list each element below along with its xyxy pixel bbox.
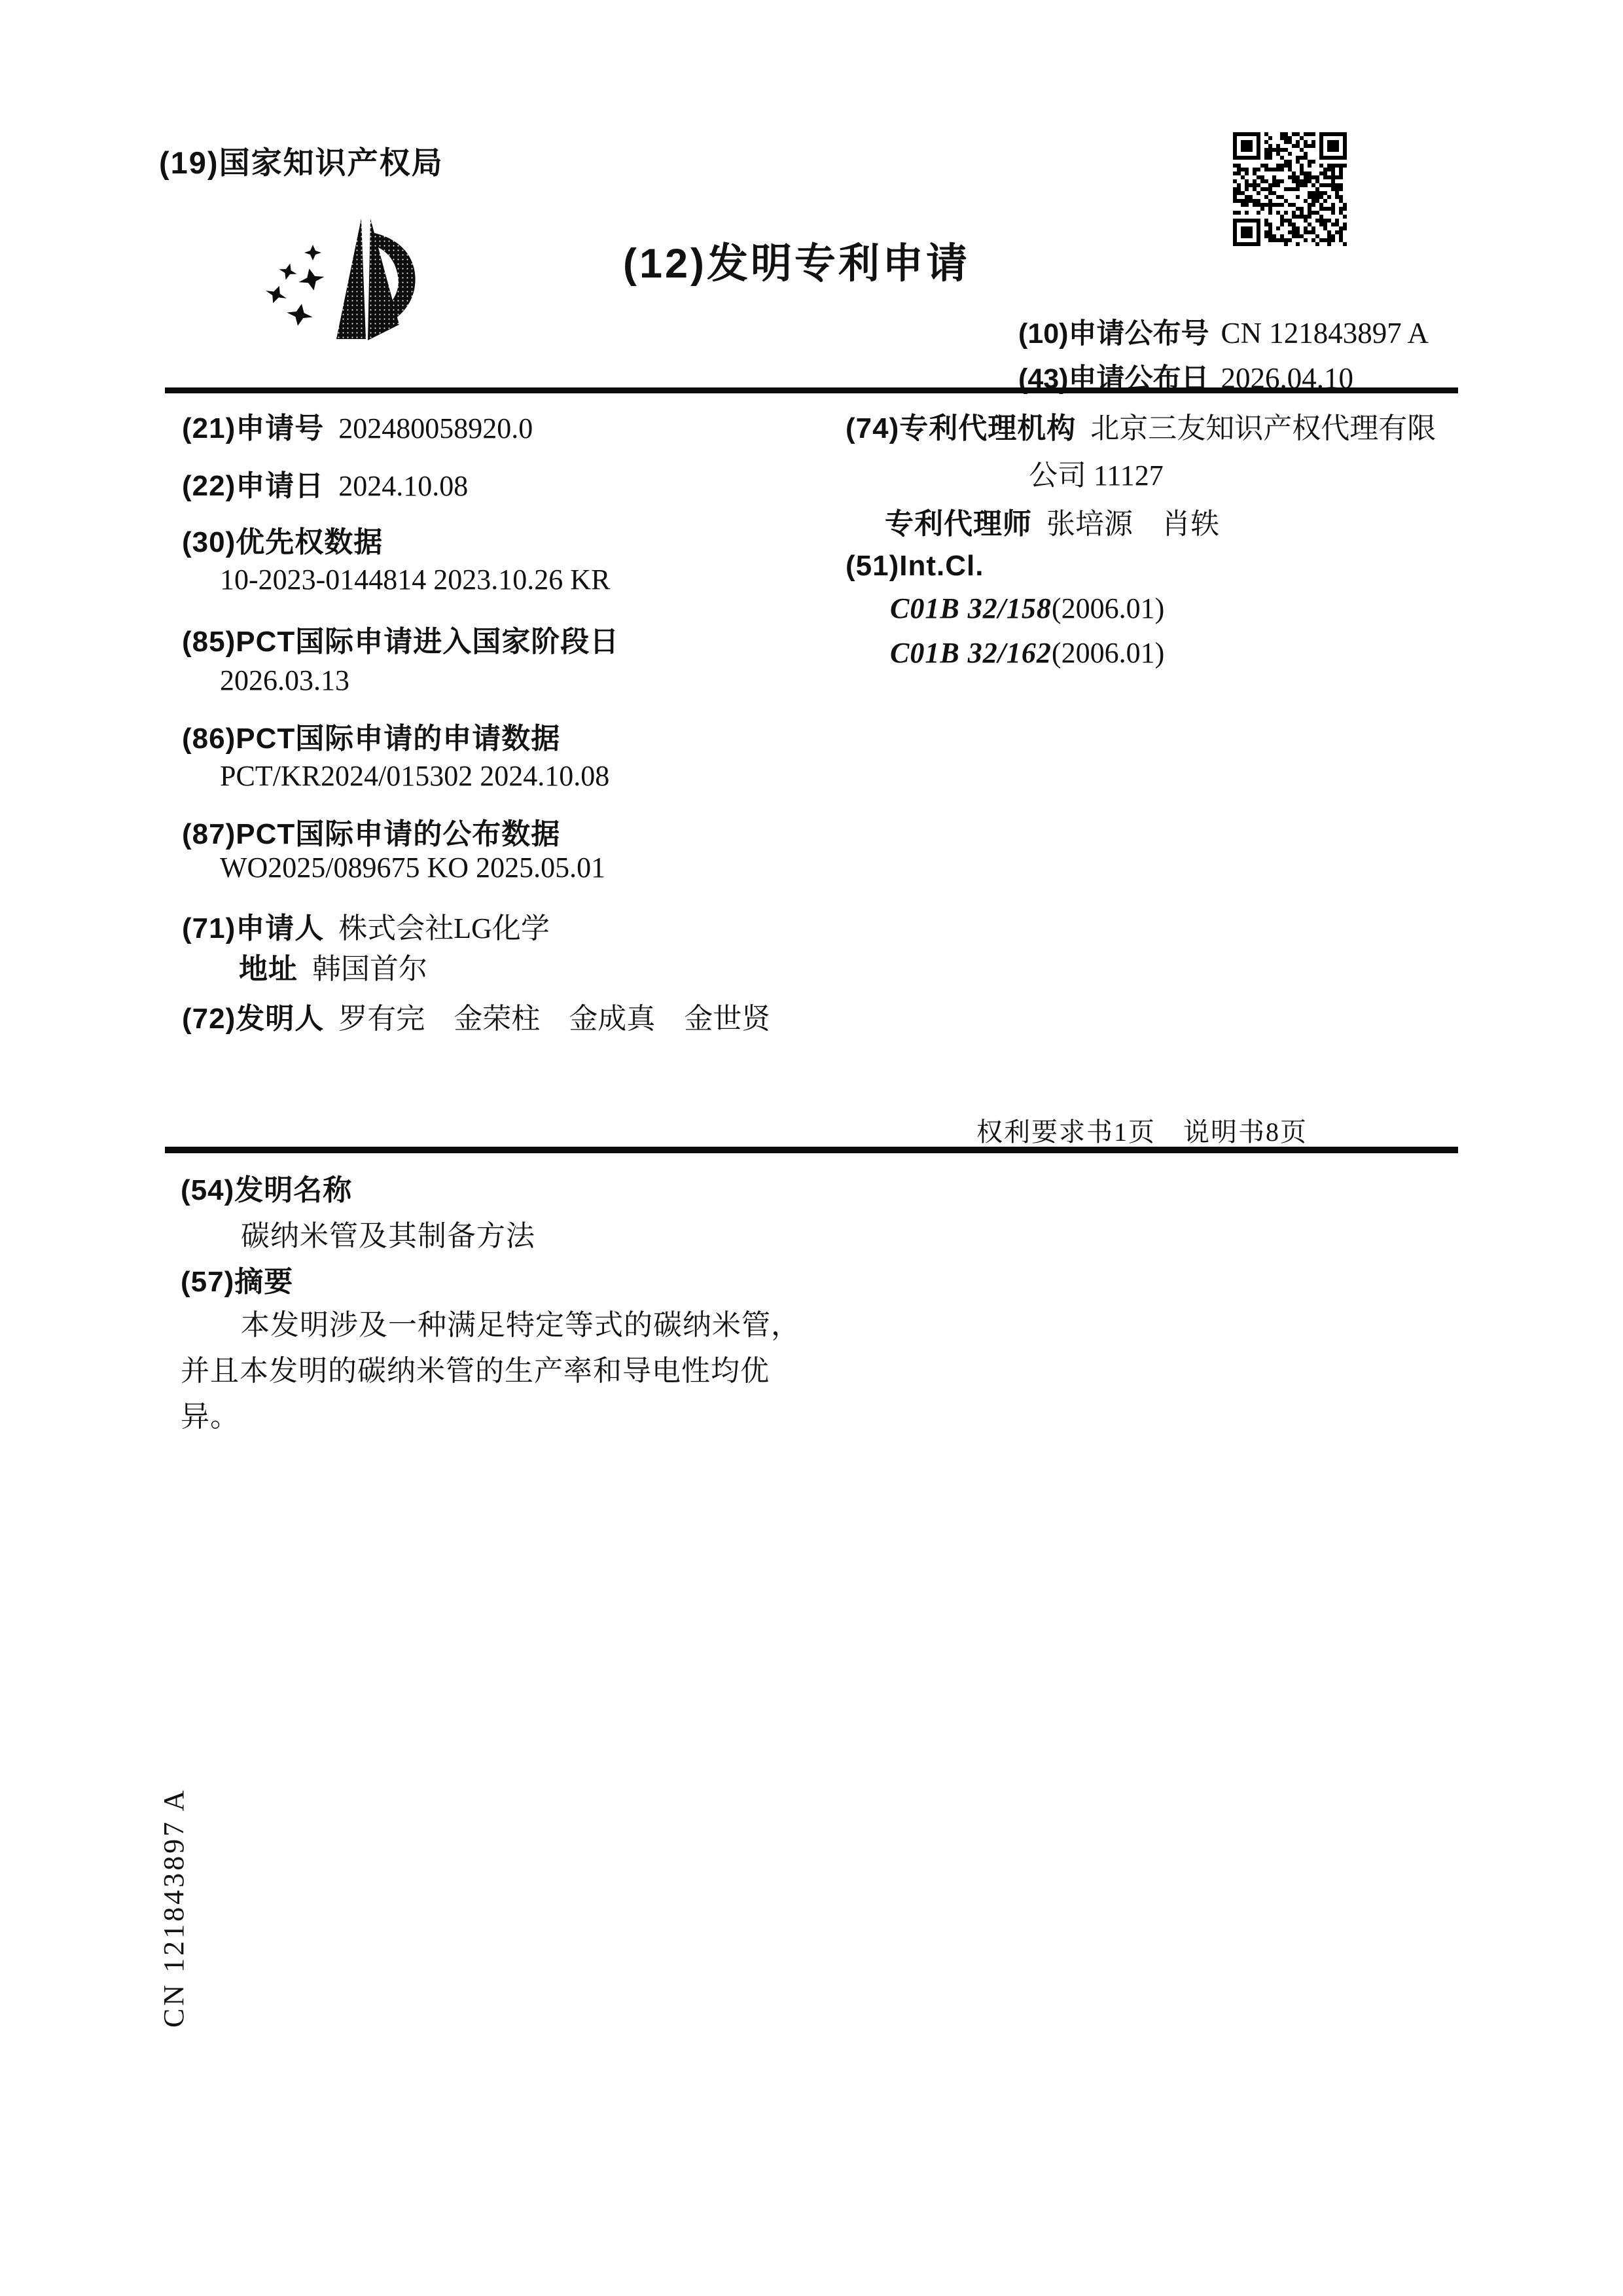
applicant-address-row: 地址 韩国首尔 (239, 945, 427, 987)
field-21-label: (21)申请号 (182, 404, 324, 446)
ipc-code-2: C01B 32/162 (890, 637, 1052, 669)
body-divider (165, 1147, 1458, 1153)
field-87-label: (87)PCT国际申请的公布数据 (182, 818, 560, 850)
field-87-pct-publication-header: (87)PCT国际申请的公布数据 (182, 810, 560, 852)
document-type-title: (12)发明专利申请 (623, 230, 970, 290)
field-85-national-phase-header: (85)PCT国际申请进入国家阶段日 (182, 618, 619, 660)
field-54-label: (54)发明名称 (181, 1166, 352, 1208)
field-30-priority-header: (30)优先权数据 (182, 518, 383, 560)
field-71-label: (71)申请人 (182, 905, 324, 946)
ipc-entry-1: C01B 32/158(2006.01) (890, 592, 1164, 625)
field-74-value-line2: 公司 11127 (1029, 452, 1164, 493)
field-51-intcl-header: (51)Int.Cl. (846, 550, 984, 583)
qr-code (1233, 132, 1347, 246)
ipc-entry-2: C01B 32/162(2006.01) (890, 636, 1164, 670)
header-divider (165, 387, 1458, 393)
abstract-line-1: 本发明涉及一种满足特定等式的碳纳米管， (241, 1301, 800, 1343)
address-value: 韩国首尔 (312, 945, 427, 987)
abstract-line-3: 异。 (181, 1393, 240, 1435)
agent-names: 张培源 肖轶 (1046, 500, 1219, 542)
field-30-value: 10-2023-0144814 2023.10.26 KR (220, 563, 610, 596)
field-86-pct-application-header: (86)PCT国际申请的申请数据 (182, 715, 560, 757)
field-21-value: 202480058920.0 (338, 412, 533, 445)
abstract-line-2: 并且本发明的碳纳米管的生产率和导电性均优 (181, 1347, 770, 1389)
ipc-version-1: (2006.01) (1052, 592, 1164, 624)
field-71-applicant: (71)申请人 株式会社LG化学 (182, 905, 550, 946)
field-72-inventors: (72)发明人 罗有完 金荣柱 金成真 金世贤 (182, 995, 770, 1037)
field-86-value: PCT/KR2024/015302 2024.10.08 (220, 759, 609, 793)
office-name: (19)国家知识产权局 (159, 139, 444, 183)
pages-note: 权利要求书1页 说明书8页 (976, 1111, 1308, 1149)
field-71-value: 株式会社LG化学 (338, 905, 550, 946)
field-57-label: (57)摘要 (181, 1258, 293, 1300)
agent-row: 专利代理师 张培源 肖轶 (885, 500, 1219, 542)
side-document-code: CN 121843897 A (157, 1788, 190, 2028)
field-72-label: (72)发明人 (182, 995, 324, 1037)
field-22-value: 2024.10.08 (338, 469, 468, 503)
publication-number-label: (10)申请公布号 (1018, 312, 1209, 351)
field-72-value: 罗有完 金荣柱 金成真 金世贤 (338, 995, 770, 1037)
field-85-label: (85)PCT国际申请进入国家阶段日 (182, 626, 619, 658)
patent-front-page: (19)国家知识产权局 (0, 0, 1623, 2296)
ipc-version-2: (2006.01) (1052, 637, 1164, 669)
field-86-label: (86)PCT国际申请的申请数据 (182, 723, 560, 755)
invention-title: 碳纳米管及其制备方法 (241, 1212, 535, 1254)
publication-number-value: CN 121843897 A (1221, 316, 1429, 350)
field-74-label: (74)专利代理机构 (846, 404, 1076, 446)
publication-number-row: (10)申请公布号 CN 121843897 A (1018, 312, 1429, 351)
cnipa-logo (263, 216, 423, 347)
field-85-value: 2026.03.13 (220, 664, 349, 697)
field-51-label: (51)Int.Cl. (846, 550, 984, 582)
field-22-label: (22)申请日 (182, 462, 324, 504)
field-74-value-line1: 北京三友知识产权代理有限 (1090, 404, 1436, 446)
field-22-filing-date: (22)申请日 2024.10.08 (182, 462, 468, 504)
address-label: 地址 (239, 945, 298, 987)
agent-label: 专利代理师 (885, 500, 1032, 542)
ipc-code-1: C01B 32/158 (890, 592, 1052, 624)
field-74-agency: (74)专利代理机构 北京三友知识产权代理有限 (846, 404, 1436, 446)
field-30-label: (30)优先权数据 (182, 526, 383, 558)
field-21-application-number: (21)申请号 202480058920.0 (182, 404, 533, 446)
field-87-value: WO2025/089675 KO 2025.05.01 (220, 851, 605, 884)
